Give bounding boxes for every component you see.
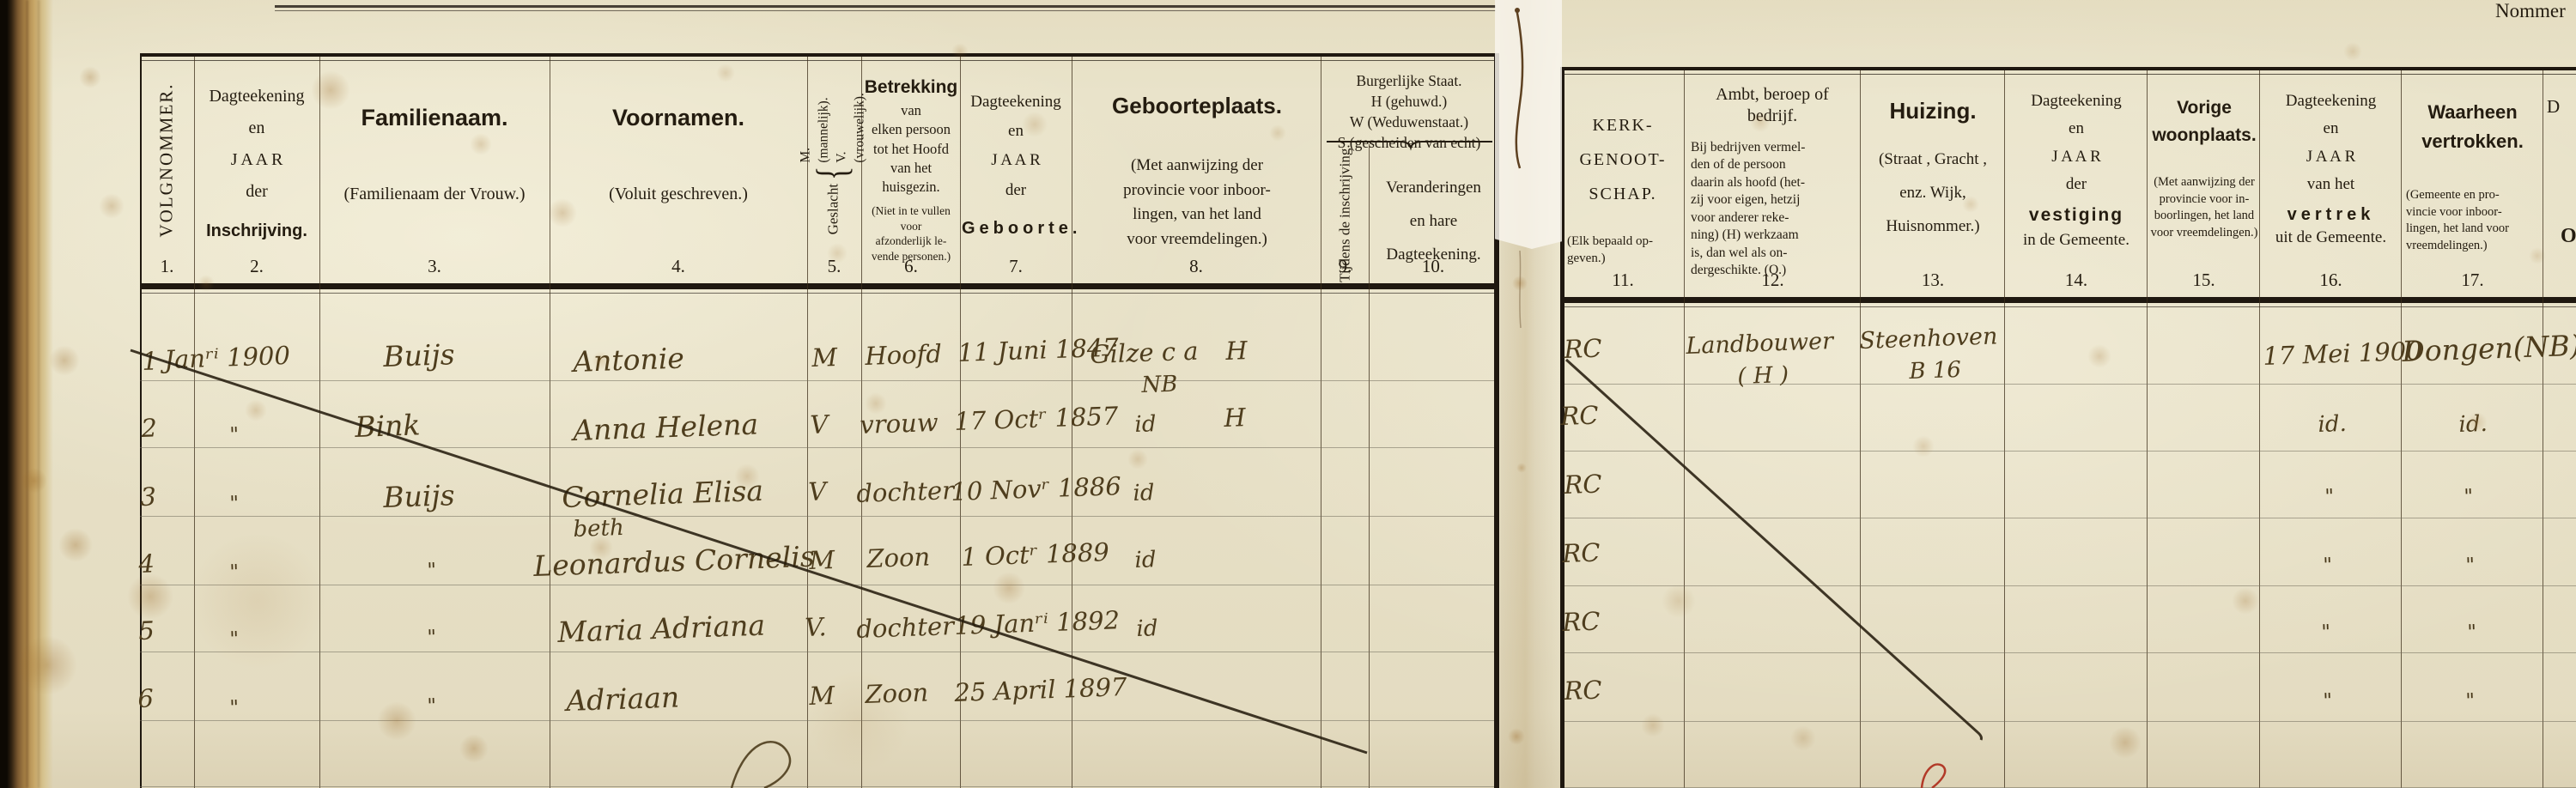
foxing-stain bbox=[993, 572, 1025, 604]
header-voornamen: Voornamen. (Voluit geschreven.) bbox=[551, 105, 805, 204]
foxing-stain bbox=[1790, 725, 1816, 751]
header-vorige-woonplaats: Vorige woonplaats. (Met aanwijzing der p… bbox=[2150, 94, 2258, 241]
entry-r6-geboortedatum: 25 April 1897 bbox=[954, 672, 1127, 707]
row-rule bbox=[140, 516, 1494, 517]
header-waarheen-bold: Waarheen vertrokken. bbox=[2404, 98, 2541, 156]
entry-r4-betrekking: Zoon bbox=[866, 542, 931, 573]
entry-r1-geboorteplaats-provincie: NB bbox=[1141, 372, 1178, 398]
left-header-bottom-rule bbox=[140, 283, 1497, 289]
row-rule bbox=[140, 786, 1494, 787]
entry-r1-beroep-hoofd: ( H ) bbox=[1737, 362, 1789, 390]
col-line-1-2 bbox=[194, 57, 195, 788]
page-corner-label: Nommer bbox=[2495, 0, 2566, 22]
header-vertrek-bold: vertrek bbox=[2263, 205, 2399, 225]
colnum-1: 1. bbox=[140, 256, 194, 277]
header-huizing-sub: (Straat , Gracht , enz. Wijk, Huisnommer… bbox=[1863, 143, 2002, 244]
header-geboorteplaats-bold: Geboorteplaats. bbox=[1075, 93, 1319, 119]
header-geboorte: Dagteekening en J A A R der Geboorte. bbox=[962, 88, 1070, 239]
row-rule bbox=[140, 652, 1494, 652]
foxing-stain bbox=[2232, 587, 2259, 615]
entry-r4-voornamen: Leonardus Cornelis bbox=[533, 540, 816, 583]
entry-r5-geslacht: V. bbox=[805, 612, 827, 642]
entry-r4-waarheen-ditto: " bbox=[2465, 555, 2475, 577]
header-vestiging: Dagteekening en J A A R der vestiging in… bbox=[2008, 88, 2145, 250]
colnum-6: 6. bbox=[863, 256, 959, 277]
colnum-16: 16. bbox=[2261, 270, 2401, 291]
entry-r2-geboorteplaats: id bbox=[1134, 411, 1157, 438]
colnum-14: 14. bbox=[2006, 270, 2147, 291]
colnum-9: 9. bbox=[1322, 256, 1368, 277]
header-geboorte-bold: Geboorte. bbox=[962, 219, 1070, 239]
entry-r6-geslacht: M bbox=[809, 681, 835, 711]
entry-r1-burgerlijke-staat: H bbox=[1225, 336, 1248, 366]
foxing-stain bbox=[245, 399, 267, 421]
entry-r4-geboorteplaats: id bbox=[1134, 547, 1157, 573]
foxing-stain bbox=[189, 532, 326, 670]
entry-r4-geboortedatum: 1 Octʳ 1889 bbox=[961, 537, 1110, 572]
row-rule bbox=[1564, 384, 2576, 385]
entry-r5-vertrek-ditto: " bbox=[2321, 621, 2330, 644]
entry-r3-familienaam: Buijs bbox=[383, 478, 456, 514]
entry-r4-inschrijving-ditto: " bbox=[229, 561, 239, 584]
col-line-3-4 bbox=[550, 57, 550, 788]
entry-r1-vertrekdatum: 17 Mei 1900 bbox=[2263, 336, 2422, 371]
entry-r1-betrekking: Hoofd bbox=[865, 339, 943, 371]
entry-r1-waarheen: Dongen(NB) bbox=[2402, 329, 2576, 368]
foxing-stain bbox=[459, 734, 489, 763]
header-waarheen-sub: (Gemeente en pro- vincie voor inboor- li… bbox=[2404, 187, 2541, 254]
header-col18-fragment-top: D bbox=[2547, 96, 2560, 118]
entry-r4-kerkgenootschap: RC bbox=[1562, 537, 1601, 568]
entry-r2-familienaam: Bink bbox=[355, 408, 421, 444]
colnum-2: 2. bbox=[196, 256, 318, 277]
header-vertrek: Dagteekening en J A A R van het vertrek … bbox=[2263, 88, 2399, 247]
header-geboorteplaats: Geboorteplaats. (Met aanwijzing der prov… bbox=[1075, 93, 1319, 252]
entry-r4-volgnommer: 4 bbox=[138, 549, 155, 579]
header-vorige-woonplaats-bold: Vorige woonplaats. bbox=[2150, 94, 2258, 149]
entry-r6-vertrek-ditto: " bbox=[2323, 690, 2332, 712]
left-table-top-border bbox=[140, 53, 1497, 57]
entry-r2-volgnommer: 2 bbox=[141, 413, 158, 443]
header-beroep-sub: Bij bedrijven vermel- den of de persoon … bbox=[1687, 139, 1857, 280]
foxing-stain bbox=[716, 64, 735, 82]
entry-r1-kerkgenootschap: RC bbox=[1564, 333, 1602, 364]
row-rule bbox=[1564, 451, 2576, 452]
foxing-stain bbox=[377, 701, 416, 741]
entry-r2-betrekking: vrouw bbox=[860, 408, 939, 439]
header-betrekking-bold: Betrekking bbox=[864, 77, 958, 98]
colnum-10: 10. bbox=[1370, 256, 1496, 277]
header-geslacht-rotated: Geslacht { M. (mannelijk). V. (vrouwelij… bbox=[798, 93, 870, 234]
entry-r3-betrekking: dochter bbox=[856, 476, 955, 508]
header-inschrijving-bold: Inschrijving. bbox=[196, 221, 318, 241]
entry-r1-volgnommer: 1 bbox=[142, 346, 159, 376]
entry-r5-waarheen-ditto: " bbox=[2467, 621, 2476, 644]
header-vestiging-top: Dagteekening en J A A R der bbox=[2008, 88, 2145, 198]
colnum-12: 12. bbox=[1686, 270, 1860, 291]
entry-r1-huisnummer: B 16 bbox=[1909, 357, 1961, 385]
entry-r2-kerkgenootschap: RC bbox=[1560, 400, 1599, 431]
entry-r5-kerkgenootschap: RC bbox=[1562, 606, 1601, 637]
entry-r2-waarheen-id: id. bbox=[2458, 411, 2488, 438]
header-volgnommer: VOLGNOMMER. bbox=[140, 69, 194, 251]
header-vorige-woonplaats-sub: (Met aanwijzing der provincie voor in- b… bbox=[2150, 174, 2258, 241]
foxing-stain bbox=[58, 528, 93, 562]
entry-r5-inschrijving-ditto: " bbox=[229, 628, 239, 651]
entry-r3-waarheen-ditto: " bbox=[2464, 486, 2473, 508]
entry-r4-familienaam-ditto: " bbox=[427, 560, 436, 582]
register-page-scan: Nommer VOLGNOMMER. Dagteekening en J A bbox=[0, 0, 2576, 788]
header-huizing-bold: Huizing. bbox=[1863, 98, 2002, 124]
header-familienaam: Familienaam. (Familienaam der Vrouw.) bbox=[321, 105, 548, 204]
header-geslacht-label: Geslacht bbox=[825, 184, 842, 234]
colnum-4: 4. bbox=[551, 256, 805, 277]
row-rule bbox=[140, 585, 1494, 585]
header-huizing: Huizing. (Straat , Gracht , enz. Wijk, H… bbox=[1863, 98, 2002, 244]
foxing-stain bbox=[1912, 435, 1935, 458]
entry-r6-kerkgenootschap: RC bbox=[1564, 675, 1602, 706]
entry-r1-huizing: Steenhoven bbox=[1859, 323, 1998, 355]
entry-r3-geslacht: V bbox=[808, 476, 827, 506]
top-remnant-rule-thin bbox=[275, 10, 1496, 11]
header-familienaam-bold: Familienaam. bbox=[321, 105, 548, 131]
row-rule bbox=[140, 380, 1494, 381]
header-burgerlijke-staat: Burgerlijke Staat. H (gehuwd.) W (Weduwe… bbox=[1322, 70, 1496, 154]
col-line-11-12 bbox=[1684, 70, 1685, 788]
row-rule bbox=[140, 447, 1494, 448]
entry-r5-familienaam-ditto: " bbox=[427, 627, 436, 649]
entry-r6-betrekking: Zoon bbox=[865, 677, 929, 709]
red-ink-fragment bbox=[1922, 764, 1945, 788]
left-header-bottom-rule-thin bbox=[140, 293, 1497, 294]
entry-r3-voornamen: Cornelia Elisa bbox=[562, 474, 764, 514]
row-rule bbox=[1564, 721, 2576, 722]
right-table-top-border bbox=[1560, 67, 2576, 70]
col-line-9-10 bbox=[1369, 144, 1370, 788]
foxing-stain bbox=[127, 573, 173, 620]
entry-r1-beroep: Landbouwer bbox=[1686, 328, 1834, 360]
foxing-stain bbox=[1641, 713, 1665, 737]
colnum-3: 3. bbox=[321, 256, 548, 277]
entry-r2-voornamen: Anna Helena bbox=[573, 407, 759, 447]
foxing-stain bbox=[99, 193, 125, 219]
header-geboorte-top: Dagteekening en J A A R der bbox=[962, 88, 1070, 205]
row-rule bbox=[140, 720, 1494, 721]
row-rule bbox=[1564, 585, 2576, 586]
entry-r6-voornamen: Adriaan bbox=[566, 680, 680, 718]
entry-r3-volgnommer: 3 bbox=[140, 482, 157, 512]
header-inschrijving: Dagteekening en J A A R der Inschrijving… bbox=[196, 81, 318, 241]
entry-r1-voornamen: Antonie bbox=[573, 342, 685, 379]
header-kerkgenootschap-sub: (Elk bepaald op- geven.) bbox=[1564, 233, 1682, 267]
right-header-bottom-rule-thin bbox=[1560, 306, 2576, 307]
entry-r1-inschrijving-datum: Janʳⁱ 1900 bbox=[164, 341, 291, 374]
foxing-stain bbox=[2087, 344, 2111, 368]
header-kerkgenootschap: KERK- GENOOT- SCHAP. (Elk bepaald op- ge… bbox=[1564, 108, 1682, 267]
header-beroep: Ambt, beroep of bedrijf. Bij bedrijven v… bbox=[1687, 84, 1857, 280]
entry-r1-geboorteplaats: Gilze c a bbox=[1090, 336, 1199, 369]
entry-r2-vertrek-id: id. bbox=[2318, 411, 2347, 438]
header-vertrek-bottom: uit de Gemeente. bbox=[2263, 228, 2399, 247]
col-line-2-3 bbox=[319, 57, 320, 788]
entry-r5-volgnommer: 5 bbox=[138, 615, 155, 646]
page-crease bbox=[26, 0, 28, 788]
foxing-stain bbox=[2109, 726, 2142, 759]
entry-r3-geboorteplaats: id bbox=[1133, 480, 1155, 506]
foxing-stain bbox=[1662, 584, 1696, 618]
entry-r2-burgerlijke-staat: H bbox=[1224, 403, 1246, 433]
col-line-12-13 bbox=[1860, 70, 1861, 788]
entry-r2-geboortedatum: 17 Octʳ 1857 bbox=[954, 401, 1119, 436]
entry-r4-vertrek-ditto: " bbox=[2323, 555, 2332, 577]
entry-r3-geboortedatum: 10 Novʳ 1886 bbox=[951, 471, 1122, 506]
col-line-16-17 bbox=[2401, 70, 2402, 788]
header-betrekking-mid: van elken persoon tot het Hoofd van het … bbox=[864, 101, 958, 197]
colnum-8: 8. bbox=[1073, 256, 1319, 277]
entry-r6-familienaam-ditto: " bbox=[427, 695, 436, 718]
entry-r2-geslacht: V bbox=[810, 409, 829, 439]
entry-r3-vertrek-ditto: " bbox=[2324, 486, 2334, 508]
foxing-stain bbox=[1127, 449, 1148, 470]
entry-r3-inschrijving-ditto: " bbox=[229, 493, 239, 515]
entry-r1-geslacht: M bbox=[811, 342, 838, 373]
foxing-stain bbox=[2343, 42, 2362, 61]
colnum-7: 7. bbox=[961, 256, 1071, 277]
header-col18-fragment-mid: O bbox=[2561, 225, 2576, 248]
row-rule bbox=[1564, 652, 2576, 653]
header-volgnommer-label: VOLGNOMMER. bbox=[156, 82, 178, 237]
right-header-bottom-rule bbox=[1560, 297, 2576, 303]
entry-r6-inschrijving-ditto: " bbox=[229, 697, 239, 719]
entry-r2-inschrijving-ditto: " bbox=[229, 424, 239, 446]
header-betrekking: Betrekking van elken persoon tot het Hoo… bbox=[864, 77, 958, 264]
top-remnant-rule bbox=[275, 5, 1496, 8]
header-voornamen-bold: Voornamen. bbox=[551, 105, 805, 131]
entry-r6-waarheen-ditto: " bbox=[2465, 690, 2475, 712]
entry-r3-voornamen-2: beth bbox=[573, 515, 624, 543]
binding-tape-strip bbox=[1495, 0, 1562, 249]
colnum-11: 11. bbox=[1562, 270, 1684, 291]
header-vestiging-bold: vestiging bbox=[2008, 205, 2145, 226]
foxing-stain bbox=[79, 66, 101, 88]
entry-r1-familienaam: Buijs bbox=[383, 337, 456, 373]
col-line-14-15 bbox=[2147, 70, 2148, 788]
entry-r5-geboorteplaats: id bbox=[1136, 615, 1158, 642]
col-line-15-16 bbox=[2259, 70, 2260, 788]
col-line-13-14 bbox=[2004, 70, 2005, 788]
colnum-15: 15. bbox=[2148, 270, 2259, 291]
header-inschrijving-top: Dagteekening en J A A R der bbox=[196, 81, 318, 208]
entry-r5-betrekking: dochter bbox=[856, 611, 955, 644]
right-table-top-border-thin bbox=[1560, 74, 2576, 75]
colnum-17: 17. bbox=[2403, 270, 2543, 291]
strikethrough-line-right-page bbox=[1566, 360, 1982, 740]
header-waarheen: Waarheen vertrokken. (Gemeente en pro- v… bbox=[2404, 98, 2541, 254]
header-geslacht-options: M. (mannelijk). V. (vrouwelijk). bbox=[798, 93, 870, 162]
header-geboorteplaats-sub: (Met aanwijzing der provincie voor inboo… bbox=[1075, 154, 1319, 252]
header-vertrek-top: Dagteekening en J A A R van het bbox=[2263, 88, 2399, 198]
header-voornamen-sub: (Voluit geschreven.) bbox=[551, 185, 805, 204]
header-geslacht-brace: { bbox=[810, 166, 859, 179]
entry-r6-volgnommer: 6 bbox=[137, 683, 155, 713]
row-rule bbox=[1564, 518, 2576, 518]
left-table-top-border-thin bbox=[140, 60, 1497, 61]
entry-r5-geboortedatum: 19 Janʳⁱ 1892 bbox=[954, 605, 1121, 640]
header-betrekking-sub: (Niet in te vullen voor afzonderlijk le-… bbox=[864, 203, 958, 264]
colnum-5: 5. bbox=[807, 256, 861, 277]
entry-r4-geslacht: M bbox=[809, 545, 835, 575]
entry-r5-voornamen: Maria Adriana bbox=[557, 609, 766, 649]
header-kerkgenootschap-title: KERK- GENOOT- SCHAP. bbox=[1564, 108, 1682, 211]
header-familienaam-sub: (Familienaam der Vrouw.) bbox=[321, 185, 548, 204]
col-line-17-18 bbox=[2543, 70, 2543, 788]
next-entry-flourish-fragment bbox=[732, 742, 790, 788]
entry-r3-kerkgenootschap: RC bbox=[1564, 469, 1602, 500]
colnum-13: 13. bbox=[1862, 270, 2004, 291]
foxing-stain bbox=[49, 345, 80, 376]
header-beroep-top: Ambt, beroep of bedrijf. bbox=[1687, 84, 1857, 127]
header-vestiging-bottom: in de Gemeente. bbox=[2008, 231, 2145, 250]
header-geslacht: Geslacht { M. (mannelijk). V. (vrouwelij… bbox=[805, 67, 862, 260]
page-crease-2 bbox=[38, 0, 39, 788]
